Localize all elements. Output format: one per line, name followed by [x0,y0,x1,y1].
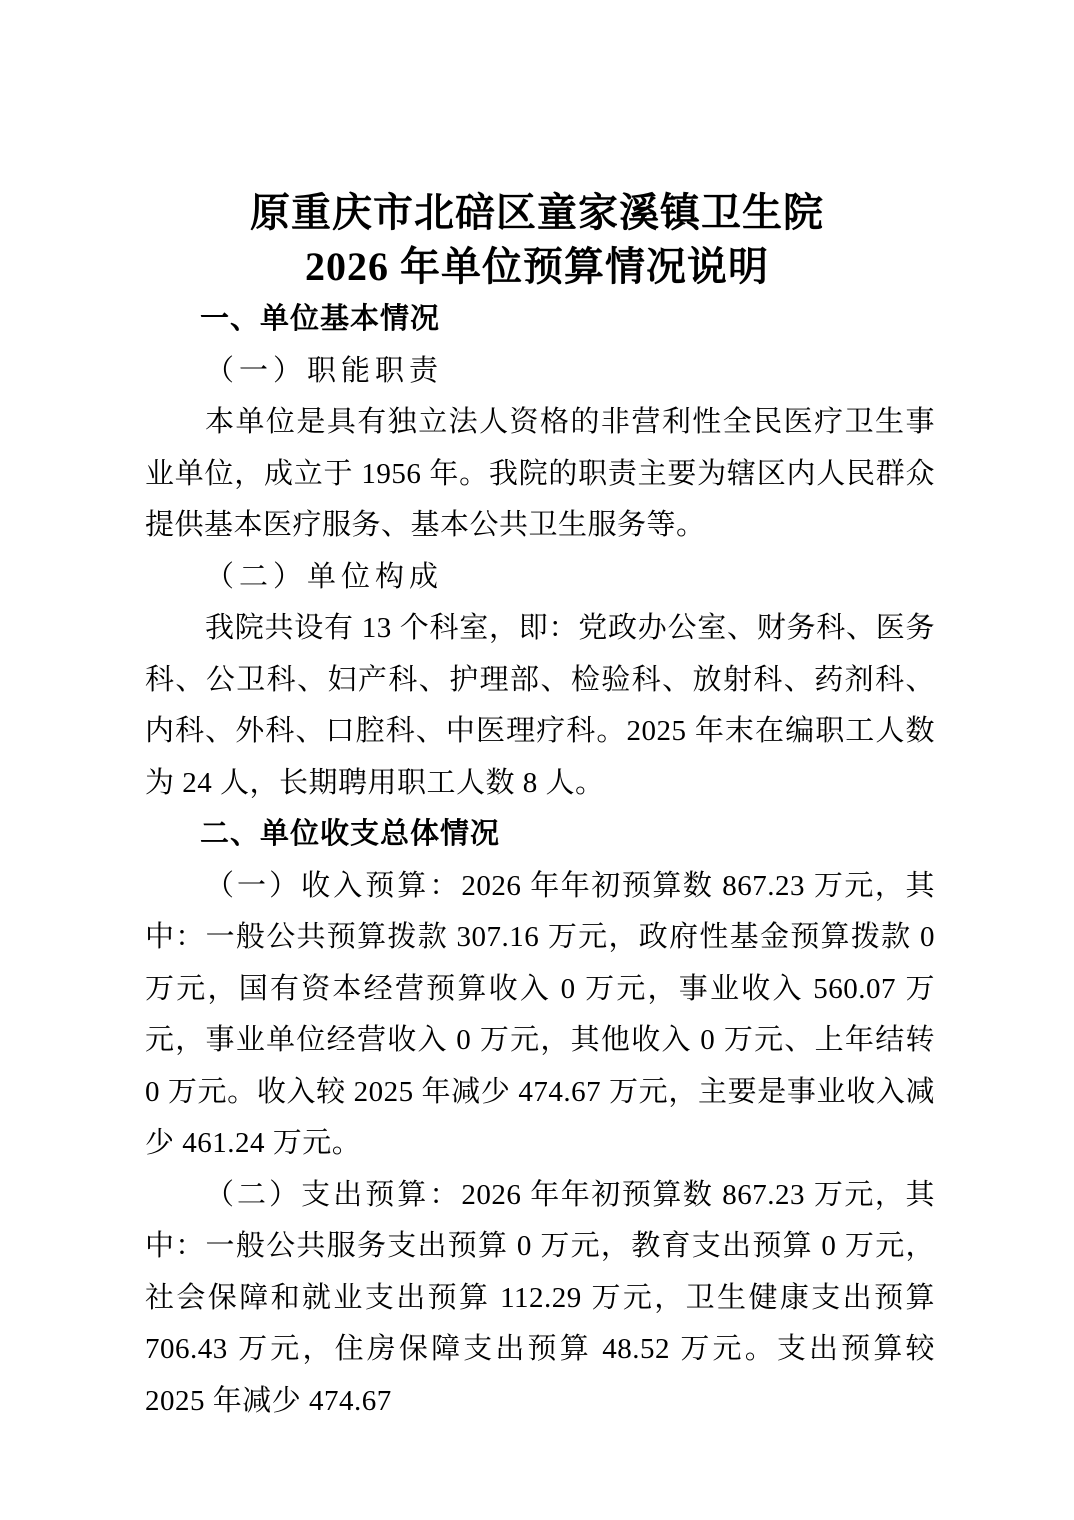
unit-composition-paragraph: 我院共设有 13 个科室，即：党政办公室、财务科、医务科、公卫科、妇产科、护理部… [145,603,935,809]
expense-budget-text: 2026 年年初预算数 867.23 万元，其中：一般公共服务支出预算 0 万元… [145,1179,935,1417]
section-2-heading: 二、单位收支总体情况 [145,809,935,861]
title-line-2: 2026 年单位预算情况说明 [0,240,1074,294]
income-budget-lead: （一）收入预算： [205,870,461,902]
section-1-sub-2-heading: （二）单位构成 [145,552,935,604]
income-budget-paragraph: （一）收入预算：2026 年年初预算数 867.23 万元，其中：一般公共预算拨… [145,861,935,1170]
expense-budget-lead: （二）支出预算： [205,1179,461,1211]
income-budget-text: 2026 年年初预算数 867.23 万元，其中：一般公共预算拨款 307.16… [145,870,935,1160]
title-line-1: 原重庆市北碚区童家溪镇卫生院 [0,186,1074,240]
functions-duties-paragraph: 本单位是具有独立法人资格的非营利性全民医疗卫生事业单位，成立于 1956 年。我… [145,397,935,552]
document-body: 一、单位基本情况 （一）职能职责 本单位是具有独立法人资格的非营利性全民医疗卫生… [145,294,935,1427]
document-title: 原重庆市北碚区童家溪镇卫生院 2026 年单位预算情况说明 [0,0,1074,294]
section-1-heading: 一、单位基本情况 [145,294,935,346]
section-1-sub-1-heading: （一）职能职责 [145,346,935,398]
document-page: 原重庆市北碚区童家溪镇卫生院 2026 年单位预算情况说明 一、单位基本情况 （… [0,0,1074,1520]
expense-budget-paragraph: （二）支出预算：2026 年年初预算数 867.23 万元，其中：一般公共服务支… [145,1170,935,1428]
